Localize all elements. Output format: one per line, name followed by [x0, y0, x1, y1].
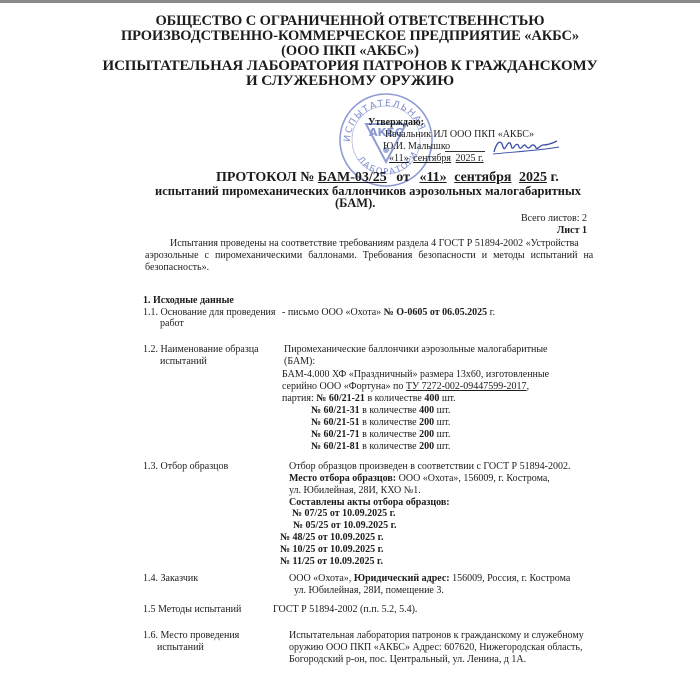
batch-unit: шт.: [434, 405, 450, 416]
batch-number: № 60/21-31: [311, 405, 360, 416]
approval-date: «11» сентября 2025 г.: [389, 153, 484, 166]
current-sheet: Лист 1: [557, 225, 587, 238]
sampling-act: № 48/25 от 10.09.2025 г.: [280, 532, 384, 545]
intro-line-1: Испытания проведены на соответствие треб…: [170, 238, 579, 251]
item-1-4-line-1: ООО «Охота», Юридический адрес: 156009, …: [289, 573, 570, 586]
batch-row: № 60/21-31 в количестве 400 шт.: [311, 405, 450, 418]
item-1-4-line-2: ул. Юбилейная, 28И, помещение 3.: [294, 585, 444, 598]
batch-number: № 60/21-71: [311, 429, 360, 440]
sampling-act: № 10/25 от 10.09.2025 г.: [280, 544, 384, 557]
sampling-act: № 11/25 от 10.09.2025 г.: [280, 556, 383, 569]
approval-name: Ю.И. Малышко: [383, 141, 450, 154]
item-1-2-line-4: серийно ООО «Фортуна» по ТУ 7272-002-094…: [282, 381, 529, 394]
header-line-1: ОБЩЕСТВО С ОГРАНИЧЕННОЙ ОТВЕТСТВЕННСТЬЮ: [0, 14, 700, 29]
approval-label: Утверждаю:: [368, 117, 424, 130]
item-1-6-label: 1.6. Место проведения: [143, 630, 239, 643]
item-1-2-manufacturer: серийно ООО «Фортуна» по: [282, 381, 406, 392]
item-1-1-value-text: - письмо ООО «Охота»: [282, 307, 384, 318]
intro-line-2: аэрозольные с пиромеханическими баллонам…: [145, 250, 593, 263]
item-1-1-letter-ref: № О-0605 от 06.05.2025: [384, 307, 487, 318]
batch-row: № 60/21-81 в количестве 200 шт.: [311, 441, 450, 454]
batch-unit: шт.: [434, 441, 450, 452]
item-1-6-line-1: Испытательная лаборатория патронов к гра…: [289, 630, 584, 643]
item-1-6-line-3: Богородский р-он, пос. Центральный, ул. …: [289, 654, 526, 667]
sampling-place-label: Место отбора образцов:: [289, 473, 396, 484]
item-1-2-label-cont: испытаний: [160, 356, 207, 369]
batch-number: № 60/21-21: [316, 393, 365, 404]
item-1-2-line-2: (БАМ):: [284, 356, 315, 369]
item-1-3-line-3: ул. Юбилейная, 28И, КХО №1.: [289, 485, 421, 498]
batch-unit: шт.: [434, 429, 450, 440]
item-1-1-label-cont: работ: [160, 318, 184, 331]
item-1-6-label-cont: испытаний: [157, 642, 204, 655]
batch-row: партия: № 60/21-21 в количестве 400 шт.: [282, 393, 456, 406]
protocol-year-suffix: г.: [550, 170, 558, 185]
item-1-6-line-2: оружию ООО ПКП «АКБС» Адрес: 607620, Ниж…: [289, 642, 582, 655]
protocol-month: сентября: [454, 170, 511, 185]
approval-date-year: 2025 г.: [456, 153, 484, 164]
sampling-act: № 05/25 от 10.09.2025 г.: [293, 520, 397, 533]
batch-qty: 200: [419, 417, 434, 428]
header-line-3: (ООО ПКП «АКБС»): [0, 44, 700, 59]
item-1-3-label: 1.3. Отбор образцов: [143, 461, 228, 474]
batch-unit: шт.: [439, 393, 455, 404]
batch-number: № 60/21-51: [311, 417, 360, 428]
protocol-year: 2025: [519, 170, 547, 185]
sampling-act: № 07/25 от 10.09.2025 г.: [292, 508, 396, 521]
batch-qty: 400: [424, 393, 439, 404]
batch-prefix: партия:: [282, 393, 316, 404]
approval-date-day: «11»: [389, 153, 409, 164]
item-1-5-value: ГОСТ Р 51894-2002 (п.п. 5.2, 5.4).: [273, 604, 417, 617]
protocol-title: ПРОТОКОЛ № БАМ-03/25 от «11» сентября 20…: [216, 171, 559, 185]
protocol-prefix: ПРОТОКОЛ №: [216, 170, 314, 185]
protocol-day: «11»: [419, 170, 446, 185]
protocol-from: от: [396, 170, 410, 185]
batch-row: № 60/21-51 в количестве 200 шт.: [311, 417, 450, 430]
batch-unit: шт.: [434, 417, 450, 428]
item-1-5-label: 1.5 Методы испытаний: [143, 604, 241, 617]
header-line-4: ИСПЫТАТЕЛЬНАЯ ЛАБОРАТОРИЯ ПАТРОНОВ К ГРА…: [0, 59, 700, 74]
item-1-3-line-1: Отбор образцов произведен в соответствии…: [289, 461, 570, 474]
item-1-3-line-2: Место отбора образцов: ООО «Охота», 1560…: [289, 473, 550, 486]
batch-row: № 60/21-71 в количестве 200 шт.: [311, 429, 450, 442]
legal-address-value: 156009, Россия, г. Кострома: [450, 573, 571, 584]
approval-date-month: сентября: [413, 153, 451, 164]
header-line-2: ПРОИЗВОДСТВЕННО-КОММЕРЧЕСКОЕ ПРЕДПРИЯТИЕ…: [0, 29, 700, 44]
item-1-2-line-4-tail: ,: [527, 381, 530, 392]
item-1-2-spec-ref: ТУ 7272-002-09447599-2017: [406, 381, 527, 392]
batch-mid: в количестве: [360, 429, 419, 440]
item-1-2-line-1: Пиромеханические баллончики аэрозольные …: [284, 344, 548, 357]
intro-line-3: безопасность».: [145, 262, 209, 275]
batch-number: № 60/21-81: [311, 441, 360, 452]
signature-icon: [491, 135, 561, 157]
legal-address-label: Юридический адрес:: [354, 573, 450, 584]
total-sheets: Всего листов: 2: [521, 213, 587, 226]
item-1-2-line-3: БАМ-4.000 ХФ «Праздничный» размера 13х60…: [282, 369, 549, 382]
batch-mid: в количестве: [365, 393, 424, 404]
item-1-2-label: 1.2. Наименование образца: [143, 344, 259, 357]
batch-mid: в количестве: [360, 417, 419, 428]
batch-qty: 200: [419, 429, 434, 440]
sampling-place-value: ООО «Охота», 156009, г. Кострома,: [396, 473, 550, 484]
protocol-number: БАМ-03/25: [318, 170, 387, 185]
batch-qty: 400: [419, 405, 434, 416]
signature-line: [445, 151, 485, 152]
item-1-1-value-tail: г.: [487, 307, 495, 318]
batch-qty: 200: [419, 441, 434, 452]
batch-mid: в количестве: [360, 441, 419, 452]
item-1-1-value: - письмо ООО «Охота» № О-0605 от 06.05.2…: [282, 307, 495, 320]
batch-mid: в количестве: [360, 405, 419, 416]
item-1-4-label: 1.4. Заказчик: [143, 573, 198, 586]
protocol-subtitle-line-2: (БАМ).: [335, 197, 375, 210]
customer-name: ООО «Охота»,: [289, 573, 354, 584]
scan-border: [0, 0, 700, 3]
section-1-title: 1. Исходные данные: [143, 295, 234, 308]
header-line-5: И СЛУЖЕБНОМУ ОРУЖИЮ: [0, 74, 700, 89]
